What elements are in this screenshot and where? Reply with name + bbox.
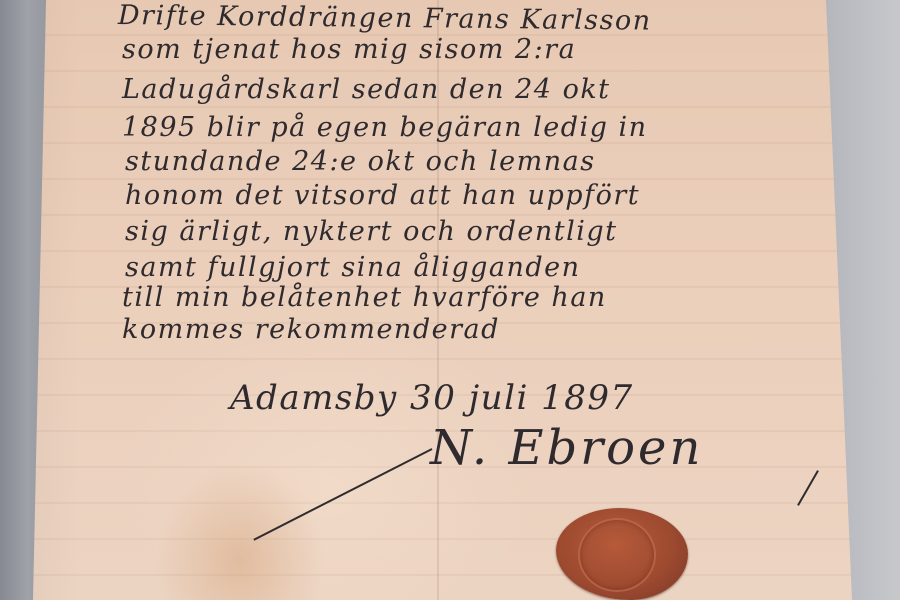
letter-line-9: till min belåtenhet hvarföre han <box>122 282 607 313</box>
letter-line-6: honom det vitsord att han uppfört <box>125 180 640 211</box>
letter-paper: Drifte Korddrängen Frans Karlsson som tj… <box>0 0 900 600</box>
letter-line-8: samt fullgjort sina åligganden <box>125 252 581 283</box>
letter-line-7: sig ärligt, nyktert och ordentligt <box>125 216 618 247</box>
seal-emblem <box>578 518 656 592</box>
letter-line-2: som tjenat hos mig sisom 2:ra <box>122 34 576 65</box>
letter-line-10: kommes rekommenderad <box>122 314 500 345</box>
signature-end-stroke <box>797 470 819 506</box>
letter-line-4: 1895 blir på egen begäran ledig in <box>122 112 648 143</box>
place-and-date: Adamsby 30 juli 1897 <box>230 378 634 418</box>
wax-seal-icon <box>556 508 688 600</box>
letter-line-3: Ladugårdskarl sedan den 24 okt <box>122 74 611 105</box>
signature: N. Ebroen <box>430 420 703 476</box>
letter-line-5: stundande 24:e okt och lemnas <box>125 146 596 177</box>
signature-flourish <box>253 448 432 541</box>
letter-line-1: Drifte Korddrängen Frans Karlsson <box>118 0 652 37</box>
